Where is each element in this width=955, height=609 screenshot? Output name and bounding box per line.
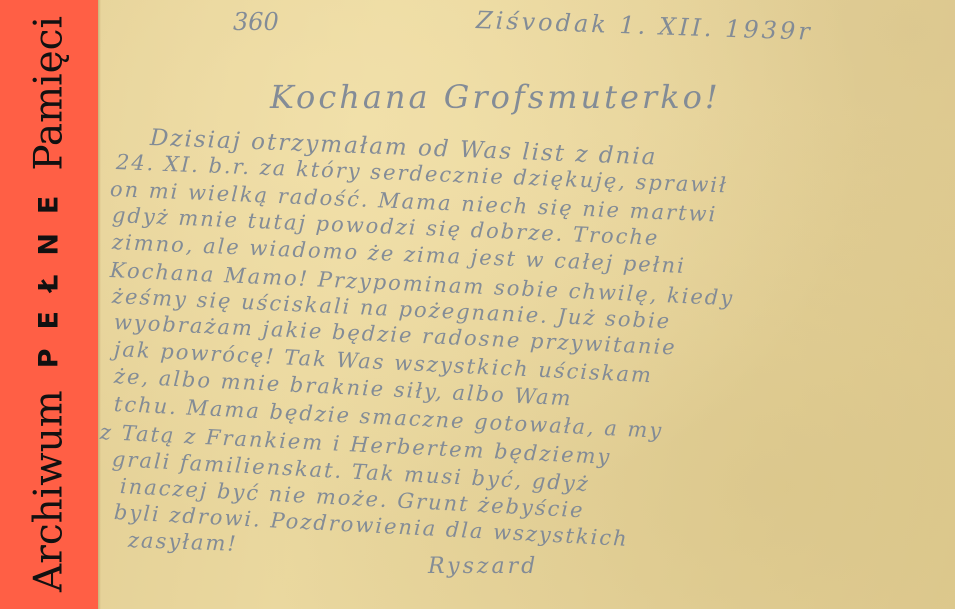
archive-banner: Archiwum PEŁNE Pamięci (0, 0, 98, 609)
banner-word-pelne: PEŁNE (36, 177, 63, 369)
letter-scan: 360 Ziśvodak 1. XII. 1939r Kochana Grofs… (98, 0, 955, 609)
place-and-date: Ziśvodak 1. XII. 1939r (476, 6, 814, 46)
document-number: 360 (233, 8, 279, 36)
banner-word-pamieci: Pamięci (30, 16, 69, 171)
archive-document-viewer: Archiwum PEŁNE Pamięci 360 Ziśvodak 1. X… (0, 0, 955, 609)
paper-edge (98, 0, 101, 609)
banner-word-archiwum: Archiwum (30, 390, 69, 592)
letter-line: zasyłam! (128, 528, 239, 556)
salutation: Kochana Grofsmuterko! (270, 78, 721, 116)
archive-logo: Archiwum PEŁNE Pamięci (30, 4, 69, 604)
signature: Ryszard (428, 554, 538, 579)
